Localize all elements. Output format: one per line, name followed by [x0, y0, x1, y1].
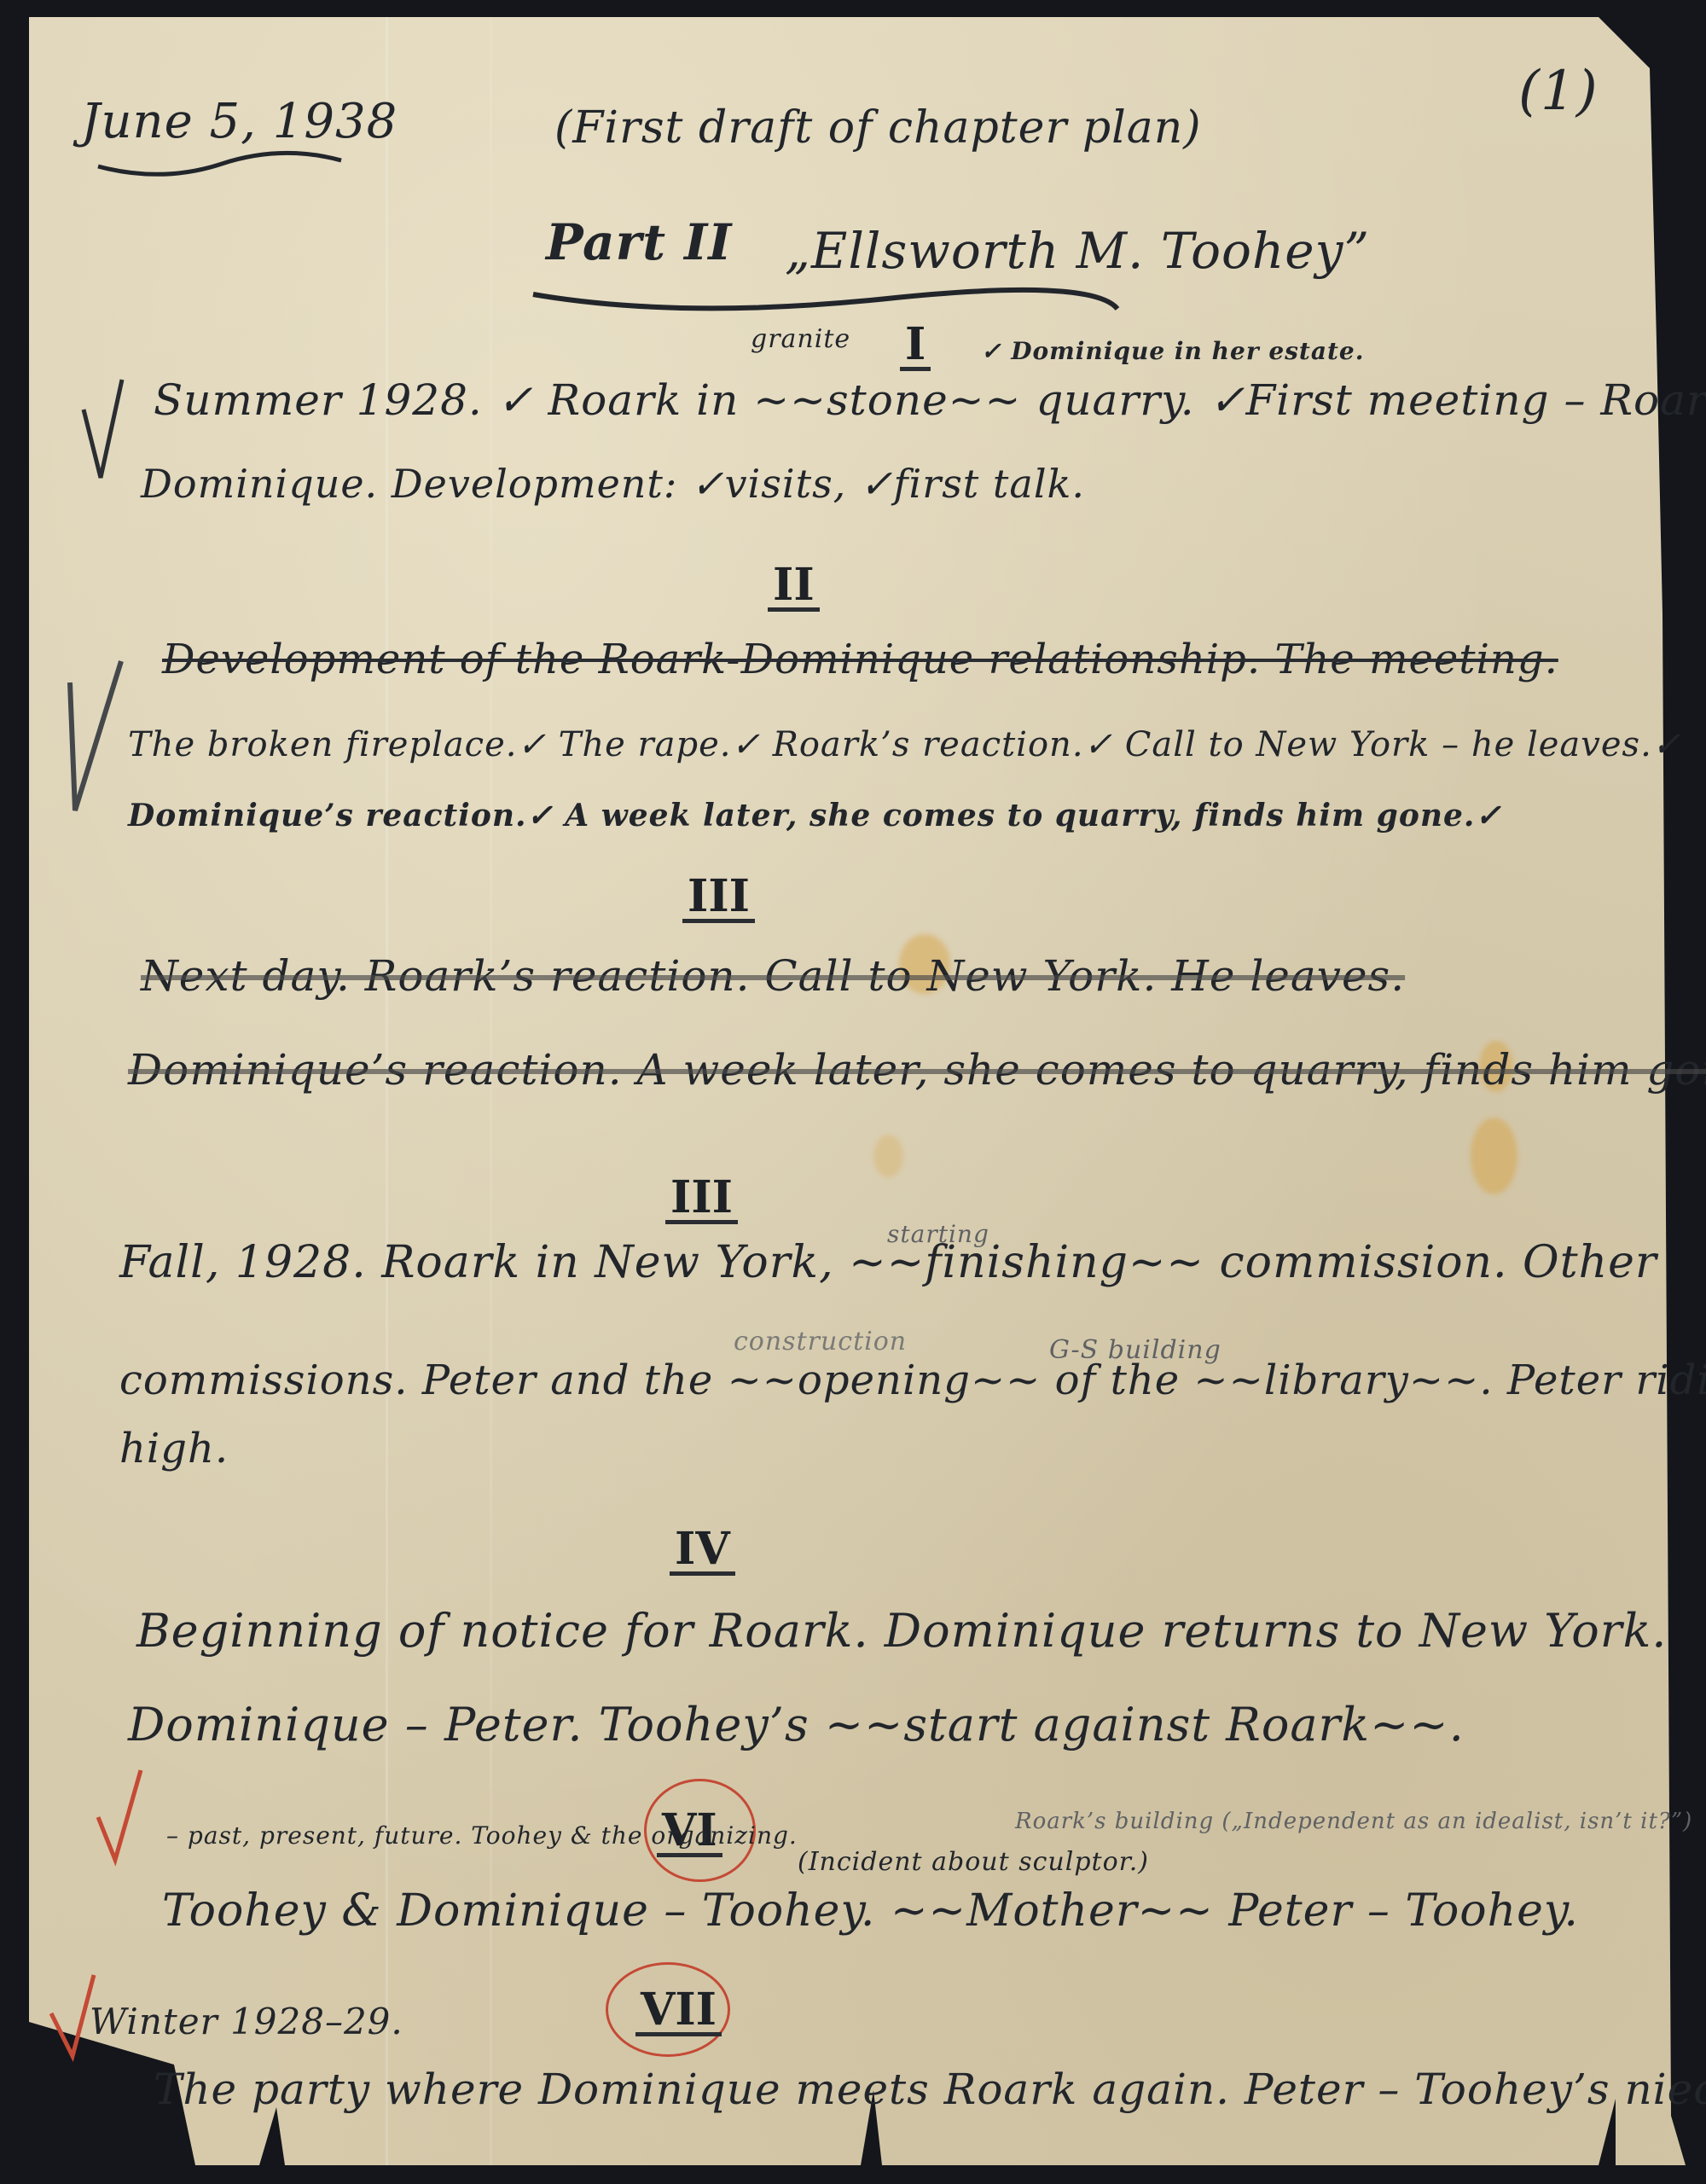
section-3b-insert-construction: construction: [734, 1327, 907, 1356]
date-underline: [94, 145, 350, 179]
section-2-struck-line: Development of the Roark-Dominique relat…: [162, 636, 1558, 683]
section-numeral-2: II: [768, 563, 820, 612]
date-heading: June 5, 1938: [81, 94, 397, 149]
section-6-insert-left: – past, present, future. Toohey & the or…: [166, 1821, 798, 1850]
section-2-line-2: Dominique’s reaction.✓ A week later, she…: [128, 798, 1502, 834]
section-4-line-2: Dominique – Peter. Toohey’s ~~start agai…: [128, 1698, 1465, 1751]
section-4-line-1: Beginning of notice for Roark. Dominique…: [136, 1604, 1667, 1658]
draft-note: (First draft of chapter plan): [554, 102, 1202, 154]
section-3b-line-3: high.: [119, 1425, 229, 1472]
section-7-line-2: The party where Dominique meets Roark ag…: [154, 2065, 1706, 2114]
section-6-insert-mid: (Incident about sculptor.): [798, 1847, 1149, 1877]
water-stain: [1471, 1118, 1517, 1194]
section-numeral-4: IV: [670, 1527, 735, 1576]
section-3b-line-2: commissions. Peter and the ~~opening~~ o…: [119, 1356, 1706, 1404]
margin-check-icon: [75, 375, 126, 486]
section-numeral-1: I: [900, 322, 931, 371]
water-stain: [873, 1135, 903, 1177]
section-3-line-1: Next day. Roark’s reaction. Call to New …: [141, 951, 1405, 1001]
margin-check-icon: [60, 657, 128, 828]
section-1-line-2: Dominique. Development: ✓visits, ✓first …: [141, 461, 1085, 507]
section-1-line-1: Summer 1928. ✓ Roark in ~~stone~~ quarry…: [154, 375, 1706, 425]
page-number: (1): [1518, 60, 1599, 123]
section-1-insert-right: ✓ Dominique in her estate.: [981, 337, 1365, 365]
part-title-underline: [529, 282, 1126, 324]
section-numeral-3-struck: III: [682, 874, 755, 923]
section-3-line-2: Dominique’s reaction. A week later, she …: [128, 1045, 1706, 1095]
section-1-insert-above: granite: [751, 324, 850, 354]
section-6-insert-right: Roark’s building („Independent as an ide…: [1015, 1809, 1692, 1834]
section-3b-line-1: Fall, 1928. Roark in New York, ~~finishi…: [119, 1237, 1657, 1288]
section-numeral-7: VII: [635, 1988, 722, 2036]
part-title: „Ellsworth M. Toohey”: [785, 222, 1370, 280]
section-2-line-1: The broken fireplace.✓ The rape.✓ Roark’…: [128, 725, 1681, 764]
section-numeral-3: III: [665, 1176, 738, 1224]
section-6-line-1: Toohey & Dominique – Toohey. ~~Mother~~ …: [162, 1885, 1579, 1937]
red-margin-check-icon: [85, 1766, 154, 1877]
part-label: Part II: [546, 213, 732, 271]
section-7-line-1: Winter 1928–29.: [90, 2001, 403, 2042]
